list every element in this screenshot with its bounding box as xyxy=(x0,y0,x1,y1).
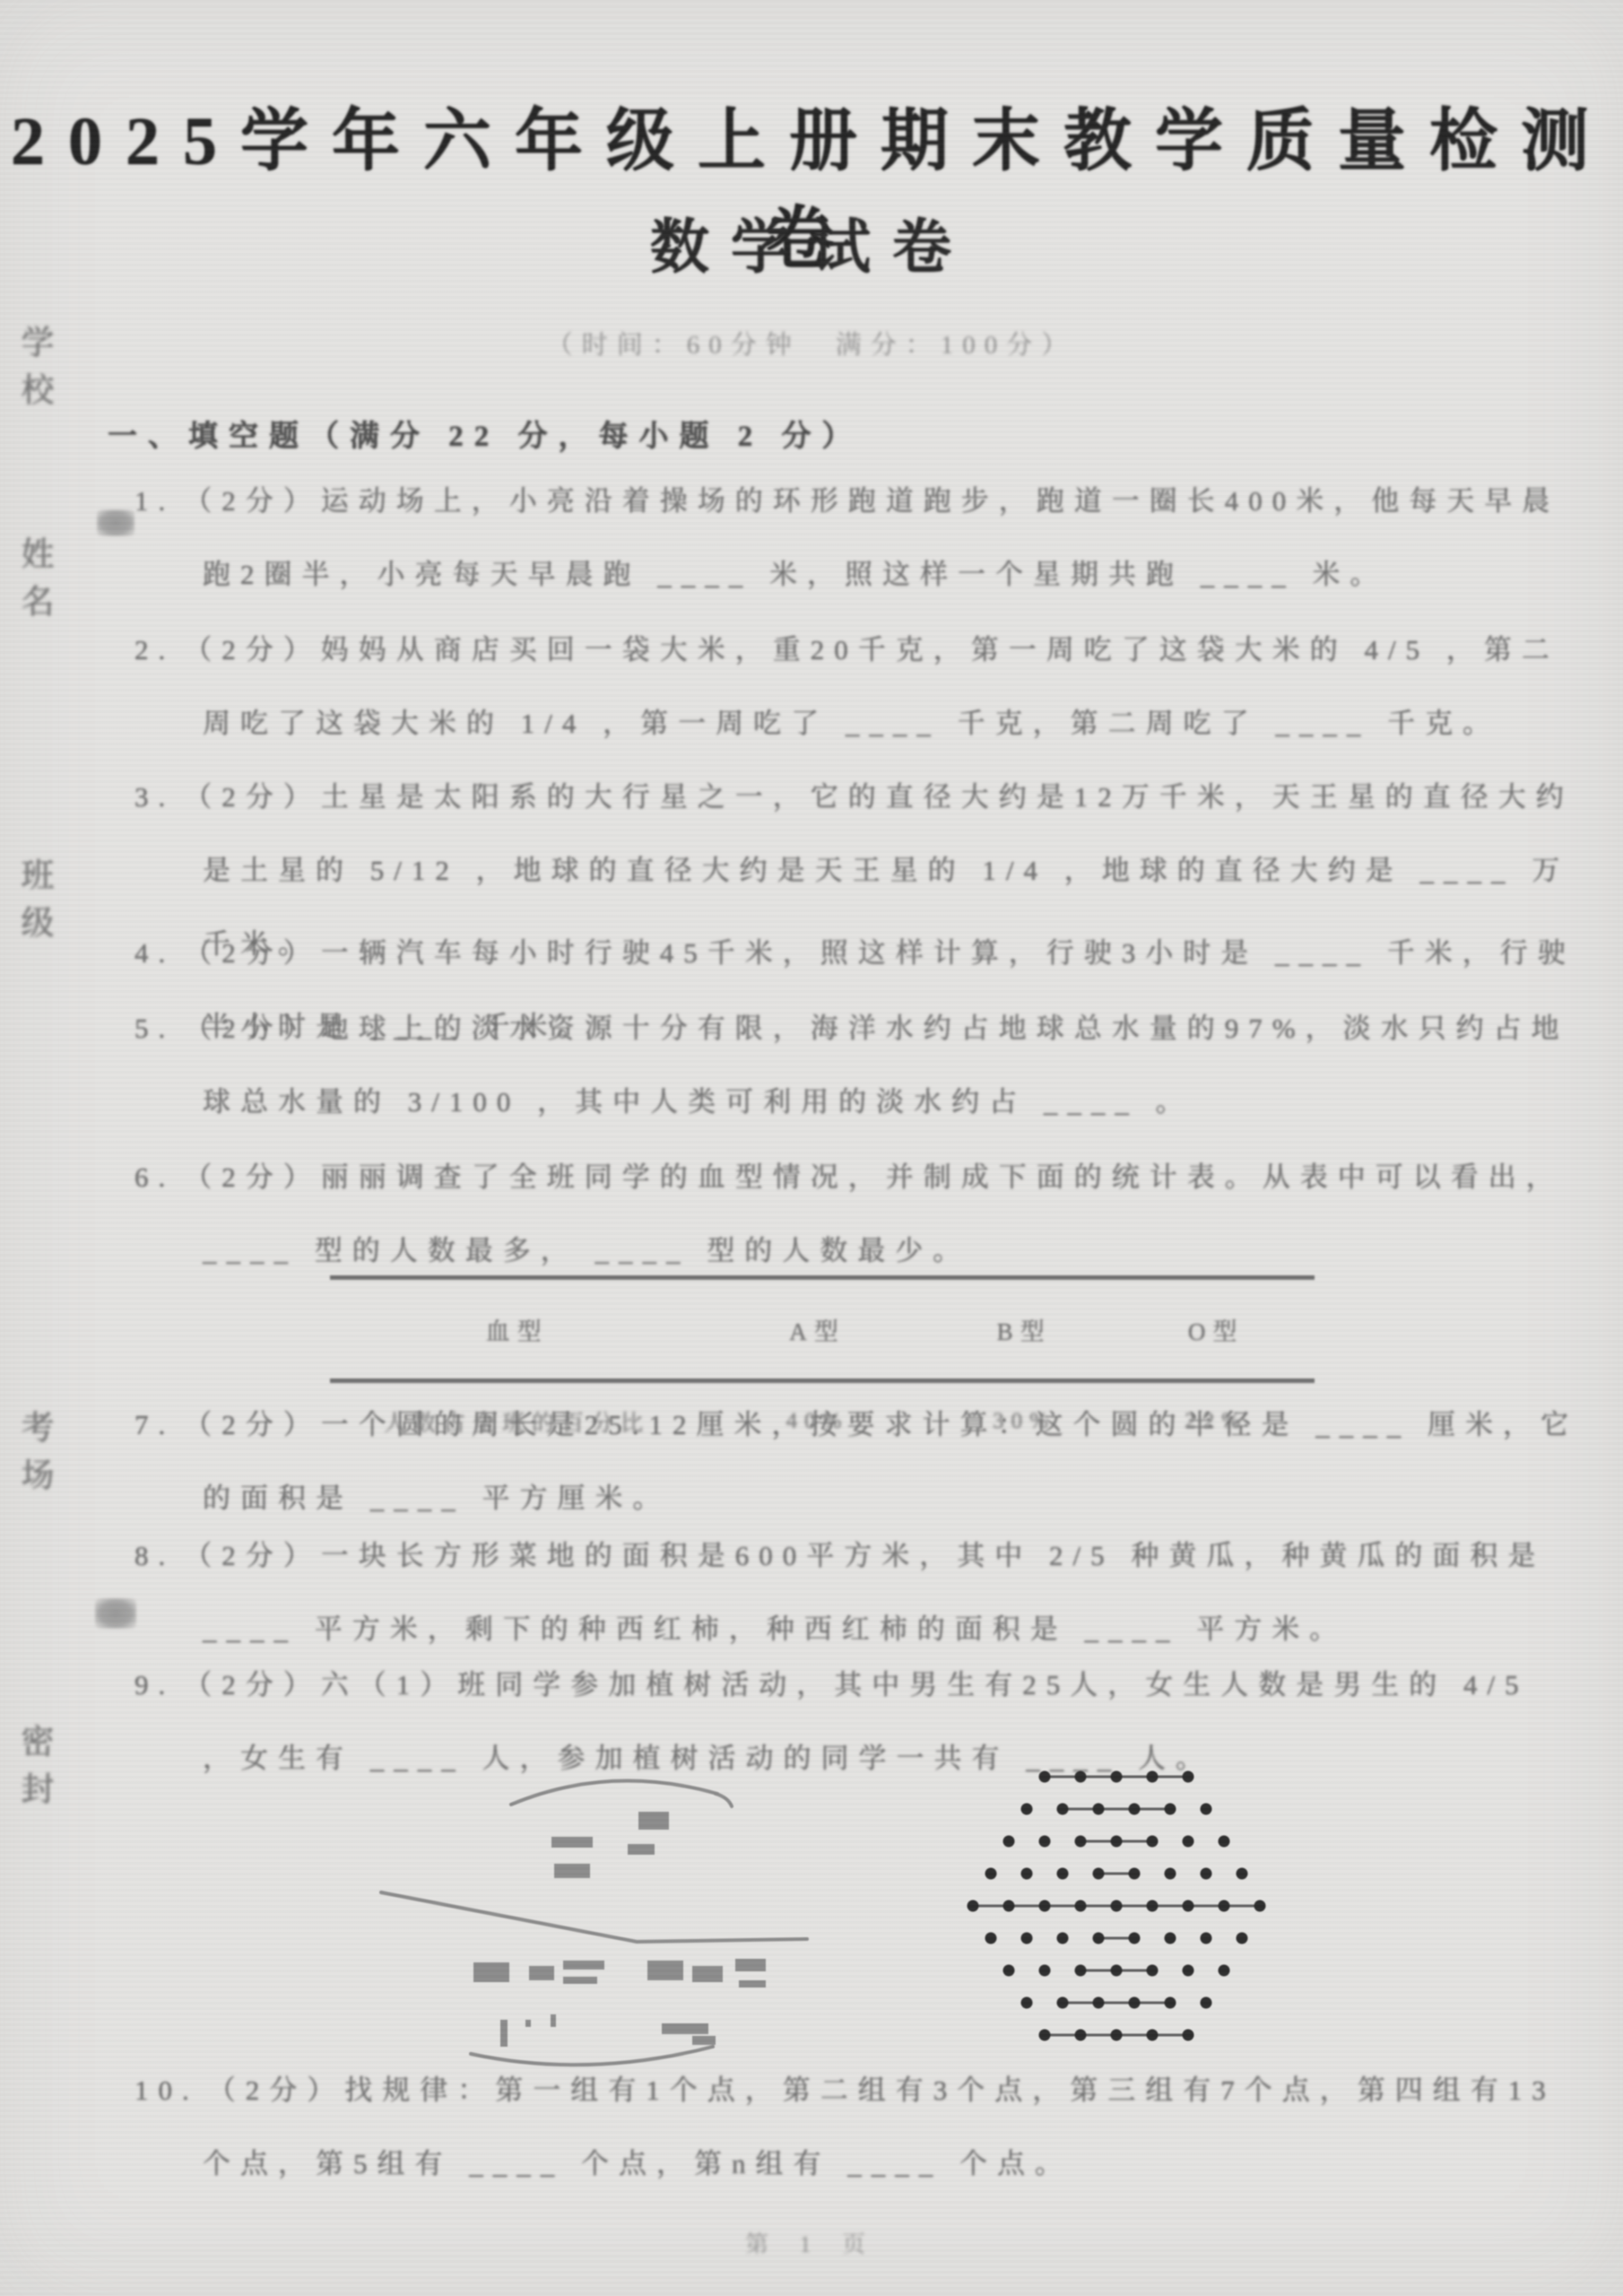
table-rule-mid xyxy=(330,1378,1315,1383)
table-data-cell: 人数占全班的百分比 xyxy=(330,1405,704,1438)
scan-smudge xyxy=(97,509,135,536)
margin-label-class: 班级 xyxy=(14,857,57,952)
question-2: 2.（2分）妈妈从商店买回一袋大米，重20千克，第一周吃了这袋大米的 4/5 ，… xyxy=(135,613,1578,761)
margin-label-seal: 密封 xyxy=(14,1724,57,1819)
question-6: 6.（2分）丽丽调查了全班同学的血型情况，并制成下面的统计表。从表中可以看出， … xyxy=(135,1141,1578,1288)
question-number: 1. xyxy=(135,485,184,517)
question-8: 8.（2分）一块长方形菜地的面积是600平方米，其中 2/5 种黄瓜，种黄瓜的面… xyxy=(135,1519,1578,1666)
table-rule-top xyxy=(330,1275,1315,1280)
hex-dot-figure xyxy=(942,1731,1291,2085)
question-5: 5.（2分）地球上的淡水资源十分有限，海洋水约占地球总水量的97%，淡水只约占地… xyxy=(135,992,1578,1139)
table-header-row: 血型 A型 B型 O型 xyxy=(330,1280,1315,1378)
margin-label-name: 姓名 xyxy=(14,536,57,631)
question-number: 2. xyxy=(135,634,184,665)
margin-label-room: 考场 xyxy=(14,1410,57,1505)
question-1: 1.（2分）运动场上，小亮沿着操场的环形跑道跑步，跑道一圈长400米，他每天早晨… xyxy=(135,465,1578,612)
question-10: 10.（2分）找规律：第一组有1个点，第二组有3个点，第三组有7个点，第四组有1… xyxy=(135,2054,1578,2201)
table-data-cell: 40% xyxy=(704,1409,931,1434)
question-number: 7. xyxy=(135,1409,184,1440)
question-number: 4. xyxy=(135,937,184,969)
section-heading: 一、填空题（满分 22 分，每小题 2 分） xyxy=(108,413,863,455)
table-header-cell: 血型 xyxy=(330,1312,704,1347)
question-9: 9.（2分）六（1）班同学参加植树活动，其中男生有25人，女生人数是男生的 4/… xyxy=(135,1648,1578,1796)
question-text: （2分）找规律：第一组有1个点，第二组有3个点，第三组有7个点，第四组有13个点… xyxy=(203,2074,1556,2179)
table-data-cell: 30% xyxy=(931,1409,1118,1434)
table-data-cell: 22% xyxy=(1117,1409,1315,1434)
question-text: （2分）一块长方形菜地的面积是600平方米，其中 2/5 种黄瓜，种黄瓜的面积是… xyxy=(184,1540,1545,1645)
question-number: 9. xyxy=(135,1669,184,1700)
question-number: 5. xyxy=(135,1013,184,1044)
question-number: 8. xyxy=(135,1540,184,1571)
table-data-row: 人数占全班的百分比 40% 30% 22% xyxy=(330,1383,1315,1460)
table-header-cell: O型 xyxy=(1117,1312,1315,1347)
question-text: （2分）丽丽调查了全班同学的血型情况，并制成下面的统计表。从表中可以看出， __… xyxy=(184,1161,1564,1266)
table-header-cell: A型 xyxy=(704,1312,931,1347)
question-number: 3. xyxy=(135,781,184,813)
question-text: （2分）运动场上，小亮沿着操场的环形跑道跑步，跑道一圈长400米，他每天早晨跑2… xyxy=(184,485,1559,590)
table-header-cell: B型 xyxy=(931,1312,1118,1347)
page-subtitle: 数学试卷 xyxy=(0,199,1623,284)
question-text: （2分）地球上的淡水资源十分有限，海洋水约占地球总水量的97%，淡水只约占地球总… xyxy=(184,1013,1568,1118)
stats-table: 血型 A型 B型 O型 人数占全班的百分比 40% 30% 22% xyxy=(330,1275,1315,1460)
question-number: 10. xyxy=(135,2074,208,2106)
exam-page: 学校 姓名 班级 考场 密封 2025学年六年级上册期末教学质量检测卷 数学试卷… xyxy=(0,0,1623,2296)
question-text: （2分）妈妈从商店买回一袋大米，重20千克，第一周吃了这袋大米的 4/5 ，第二… xyxy=(184,634,1559,739)
question-number: 6. xyxy=(135,1161,184,1193)
page-footer: 第 1 页 xyxy=(0,2226,1623,2259)
track-figure xyxy=(359,1758,825,2085)
scan-smudge xyxy=(95,1598,136,1629)
exam-info-line: （时间：60分钟 满分：100分） xyxy=(0,325,1623,361)
